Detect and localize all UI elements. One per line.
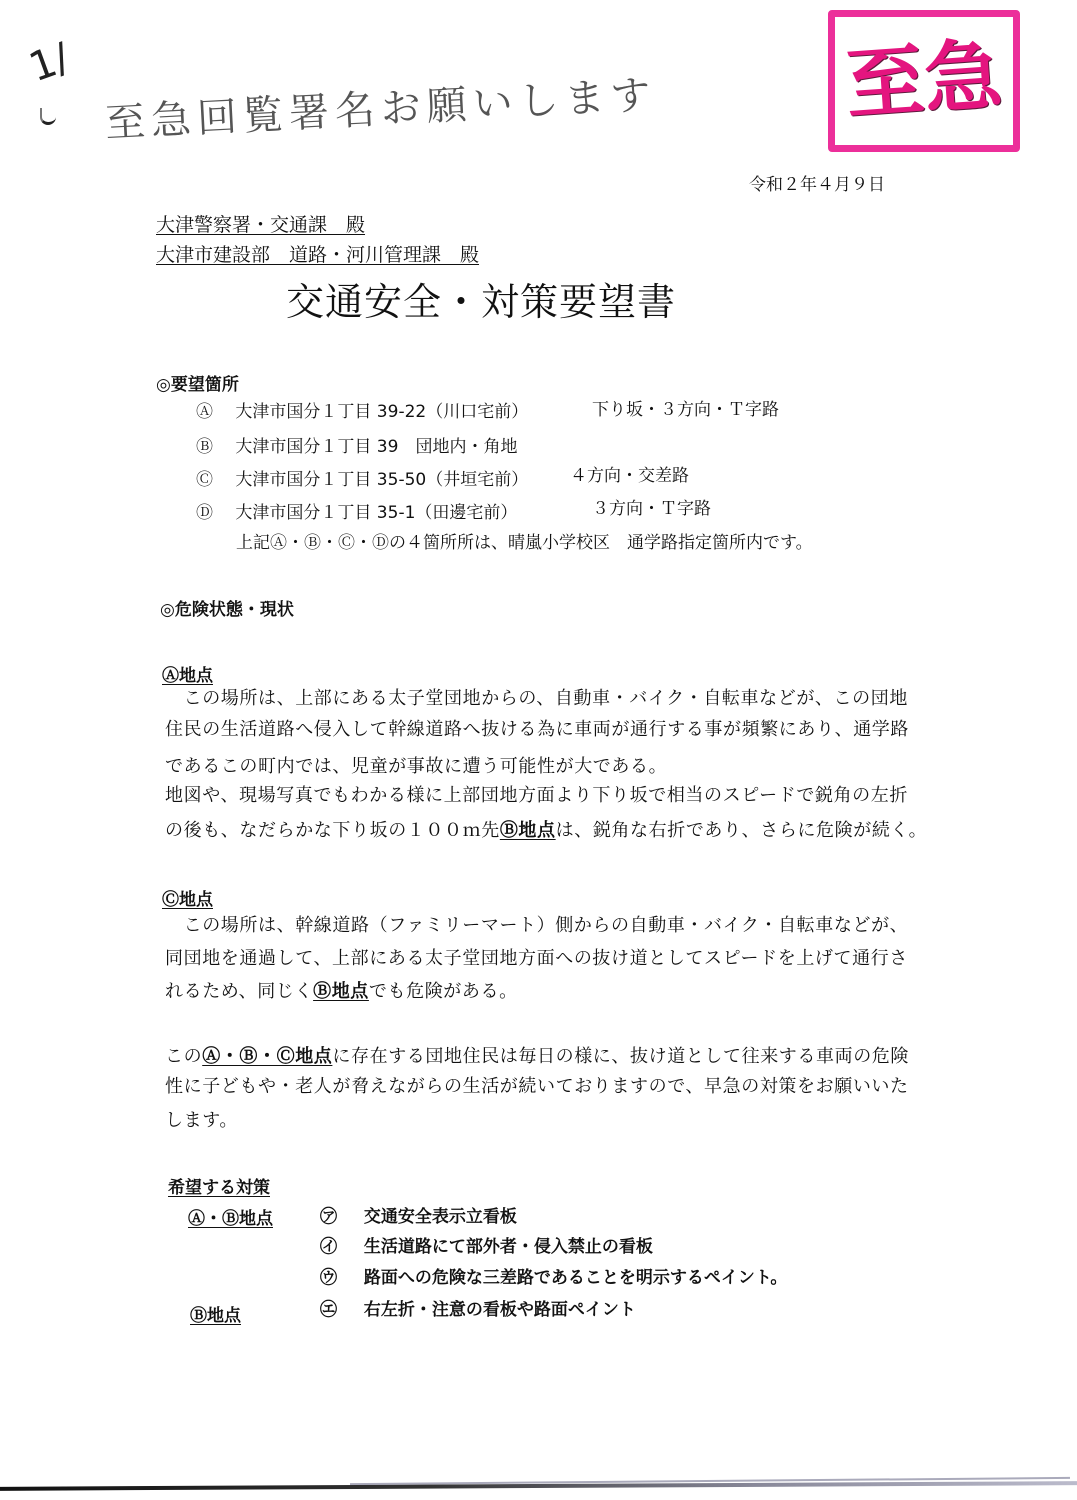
urgent-stamp: 至急: [828, 10, 1020, 152]
measure-text: 交通安全表示立看板: [364, 1207, 517, 1227]
point-c-line-1: この場所は、幹線道路（ファミリーマート）側からの自動車・バイク・自転車などが、: [165, 915, 908, 937]
text-fragment: の後も、なだらかな下り坂の１００ｍ先: [165, 820, 500, 841]
location-mark: Ⓒ: [196, 470, 220, 490]
document-date: 令和２年４月９日: [749, 175, 885, 195]
point-b-reference: Ⓑ地点: [313, 981, 369, 1002]
location-address: 大津市国分１丁目 35-1（田邊宅前）: [235, 503, 517, 523]
page-number-mark: 1/: [23, 35, 75, 92]
handwritten-circulation-note: 至急回覧署名お願いします: [104, 63, 658, 149]
point-a-heading: Ⓐ地点: [162, 666, 213, 686]
recipient-city-dept: 大津市建設部 道路・河川管理課 殿: [156, 245, 479, 265]
location-item-b: Ⓑ 大津市国分１丁目 39 団地内・角地: [196, 437, 517, 457]
measure-text: 生活道路にて部外者・侵入禁止の看板: [364, 1237, 653, 1257]
location-note-a: 下り坂・３方向・Ｔ字路: [592, 400, 779, 420]
urgent-stamp-text: 至急: [842, 12, 1007, 151]
measure-item-e: ㋓ 右左折・注意の看板や路面ペイント: [320, 1300, 636, 1320]
location-item-c: Ⓒ 大津市国分１丁目 35-50（井垣宅前）: [196, 470, 528, 490]
text-fragment: は、鋭角な右折であり、さらに危険が続く。: [556, 820, 928, 841]
point-c-line-2: 同団地を通過して、上部にある太子堂団地方面への抜け道としてスピードを上げて通行さ: [165, 948, 908, 970]
location-item-a: Ⓐ 大津市国分１丁目 39-22（川口宅前）: [196, 402, 528, 422]
measure-item-u: ㋒ 路面への危険な三差路であることを明示するペイント。: [320, 1268, 787, 1288]
point-a-line-2: 住民の生活道路へ侵入して幹線道路へ抜ける為に車両が通行する事が頻繁にあり、通学路: [165, 719, 909, 741]
measure-text: 右左折・注意の看板や路面ペイント: [364, 1300, 636, 1320]
text-fragment: でも危険がある。: [369, 981, 518, 1002]
point-b-reference: Ⓑ地点: [500, 820, 556, 841]
measure-text: 路面への危険な三差路であることを明示するペイント。: [364, 1268, 787, 1288]
text-fragment: この: [165, 1046, 202, 1067]
point-c-line-3: れるため、同じくⒷ地点でも危険がある。: [165, 981, 518, 1003]
measure-mark: ㋐: [320, 1207, 344, 1227]
location-address: 大津市国分１丁目 35-50（井垣宅前）: [235, 470, 528, 490]
points-abc-reference: Ⓐ・Ⓑ・Ⓒ地点: [202, 1046, 332, 1067]
location-mark: Ⓐ: [196, 402, 220, 422]
measure-item-i: ㋑ 生活道路にて部外者・侵入禁止の看板: [320, 1237, 653, 1257]
location-note-d: ３方向・Ｔ字路: [592, 499, 711, 519]
measure-mark: ㋒: [320, 1268, 344, 1288]
text-fragment: れるため、同じく: [165, 981, 313, 1002]
location-mark: Ⓓ: [196, 503, 220, 523]
document-title: 交通安全・対策要望書: [286, 280, 676, 324]
location-address: 大津市国分１丁目 39-22（川口宅前）: [235, 402, 528, 422]
text-fragment: に存在する団地住民は毎日の様に、抜け道として往来する車両の危険: [332, 1046, 909, 1067]
location-address: 大津市国分１丁目 39 団地内・角地: [235, 437, 517, 457]
point-a-line-1: この場所は、上部にある太子堂団地からの、自動車・バイク・自転車などが、この団地: [165, 688, 908, 710]
point-c-heading: Ⓒ地点: [162, 890, 213, 910]
recipient-police: 大津警察署・交通課 殿: [156, 215, 365, 235]
location-item-d: Ⓓ 大津市国分１丁目 35-1（田邊宅前）: [196, 503, 517, 523]
measure-location-ab: Ⓐ・Ⓑ地点: [188, 1209, 273, 1229]
closing-line-3: します。: [165, 1110, 238, 1132]
measure-location-b: Ⓑ地点: [190, 1306, 241, 1326]
point-a-line-4: 地図や、現場写真でもわかる様に上部団地方面より下り坂で相当のスピードで鋭角の左折: [165, 785, 908, 807]
section-heading-measures: 希望する対策: [168, 1178, 270, 1198]
location-note-c: ４方向・交差路: [570, 466, 689, 486]
closing-line-1: このⒶ・Ⓑ・Ⓒ地点に存在する団地住民は毎日の様に、抜け道として往来する車両の危険: [165, 1046, 909, 1068]
location-mark: Ⓑ: [196, 437, 220, 457]
measure-mark: ㋓: [320, 1300, 344, 1320]
locations-summary: 上記Ⓐ・Ⓑ・Ⓒ・Ⓓの４箇所所は、晴嵐小学校区 通学路指定箇所内です。: [236, 533, 813, 553]
section-heading-danger: ◎危険状態・現状: [160, 600, 294, 620]
closing-line-2: 性に子どもや・老人が脅えながらの生活が続いておりますので、早急の対策をお願いいた: [165, 1076, 909, 1098]
point-a-line-3: であるこの町内では、児童が事故に遭う可能性が大である。: [165, 756, 667, 778]
point-a-line-5: の後も、なだらかな下り坂の１００ｍ先Ⓑ地点は、鋭角な右折であり、さらに危険が続く…: [165, 820, 927, 842]
page-corner-curl: [40, 108, 56, 125]
section-heading-locations: ◎要望箇所: [156, 375, 239, 395]
measure-mark: ㋑: [320, 1237, 344, 1257]
measure-item-a: ㋐ 交通安全表示立看板: [320, 1207, 517, 1227]
